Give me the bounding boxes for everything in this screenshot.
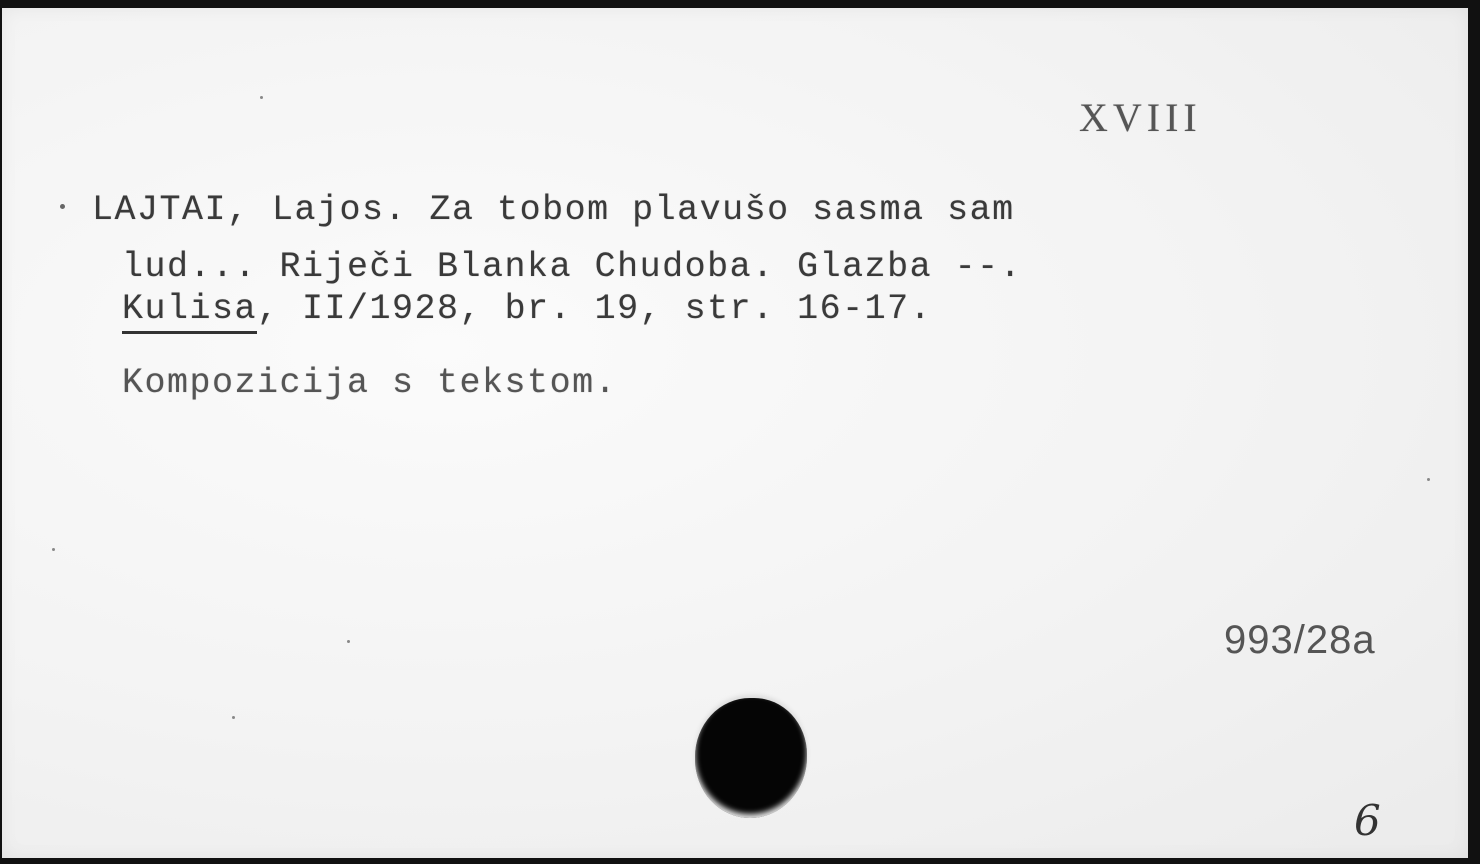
paper-speck [260, 96, 263, 99]
handwritten-mark: 6 [1354, 800, 1381, 842]
entry-heading-line: LAJTAI, Lajos. Za tobom plavušo sasma sa… [92, 190, 1015, 230]
punch-hole [695, 698, 807, 818]
entry-credits-line: lud... Riječi Blanka Chudoba. Glazba --. [122, 247, 1022, 287]
paper-speck [1427, 478, 1430, 481]
call-number: 993/28a [1224, 618, 1376, 663]
entry-source-line: Kulisa, II/1928, br. 19, str. 16-17. [122, 289, 932, 329]
paper-speck [347, 640, 350, 643]
margin-dot [60, 204, 65, 209]
catalog-card: XVIII LAJTAI, Lajos. Za tobom plavušo sa… [2, 8, 1468, 858]
paper-speck [52, 548, 55, 551]
source-details: , II/1928, br. 19, str. 16-17. [257, 289, 932, 329]
section-mark: XVIII [1079, 94, 1202, 141]
entry-note-line: Kompozicija s tekstom. [122, 363, 617, 403]
paper-speck [232, 716, 235, 719]
journal-title: Kulisa [122, 289, 257, 334]
